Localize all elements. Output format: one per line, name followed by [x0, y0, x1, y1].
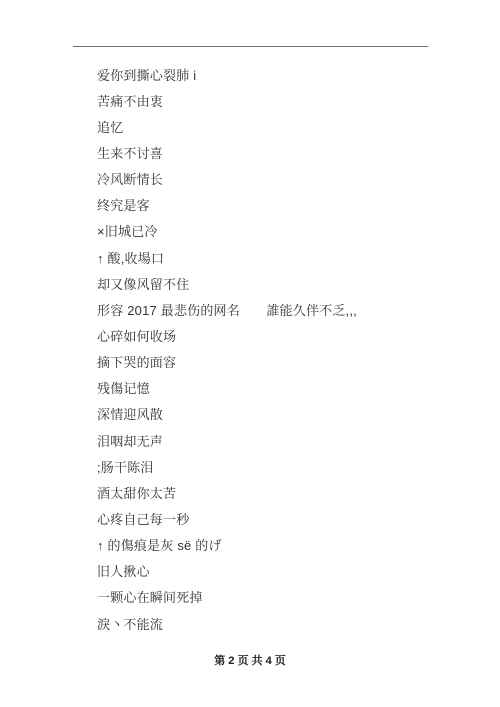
text-line: 生来不讨喜	[97, 139, 490, 165]
text-line: ↑ 酸,收場口	[97, 244, 490, 270]
text-line: 终究是客	[97, 192, 490, 218]
text-line: 酒太甜你太苦	[97, 479, 490, 505]
text-line: 淚丶不能流	[97, 610, 490, 636]
page-number-footer: 第 2 页 共 4 页	[0, 652, 500, 668]
text-line: 一颗心在瞬间死掉	[97, 584, 490, 610]
horizontal-rule	[73, 46, 428, 47]
text-line: 苦痛不由衷	[97, 87, 490, 113]
text-line: 泪咽却无声	[97, 427, 490, 453]
text-line: 摘下哭的面容	[97, 349, 490, 375]
text-line: 却又像风留不住	[97, 270, 490, 296]
text-line: 心疼自己每一秒	[97, 505, 490, 531]
document-text-block: 爱你到撕心裂肺 i苦痛不由衷追忆生来不讨喜冷风断情长终究是客×旧城已冷↑ 酸,收…	[97, 61, 490, 636]
text-line: 冷风断情长	[97, 166, 490, 192]
text-line: 心碎如何收场	[97, 322, 490, 348]
document-page: 爱你到撕心裂肺 i苦痛不由衷追忆生来不讨喜冷风断情长终究是客×旧城已冷↑ 酸,收…	[0, 0, 500, 707]
text-line: 爱你到撕心裂肺 i	[97, 61, 490, 87]
text-line: 形容 2017 最悲伤的网名 誰能久伴不乏,,,	[97, 296, 490, 322]
text-line: 残傷记憶	[97, 375, 490, 401]
text-line: ↑ 的傷痕是灰 së 的げ	[97, 532, 490, 558]
text-line: 深情迎风散	[97, 401, 490, 427]
text-line: 追忆	[97, 113, 490, 139]
text-line: ×旧城已冷	[97, 218, 490, 244]
text-line: 旧人揪心	[97, 558, 490, 584]
text-line: ;肠干陈泪	[97, 453, 490, 479]
